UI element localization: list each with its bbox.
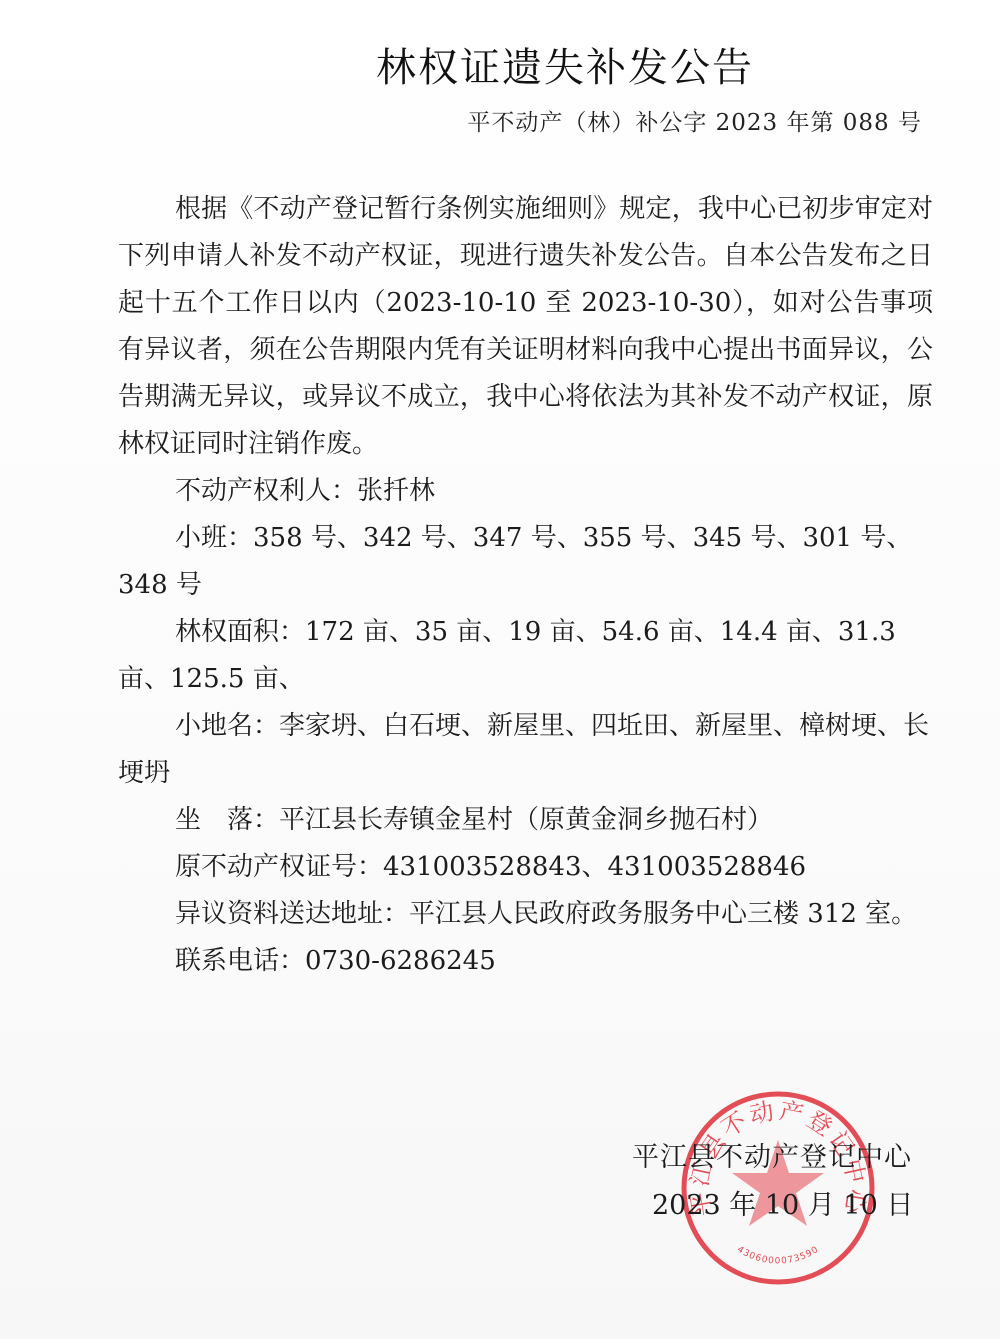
- field-forest-area: 林权面积：172 亩、35 亩、19 亩、54.6 亩、14.4 亩、31.3 …: [118, 609, 933, 703]
- field-subcompartment: 小班：358 号、342 号、347 号、355 号、345 号、301 号、3…: [118, 515, 933, 609]
- field-rights-holder: 不动产权利人：张扦林: [118, 468, 933, 515]
- field-contact-phone: 联系电话：0730-6286245: [118, 938, 933, 985]
- field-label: 原不动产权证号：: [175, 852, 383, 882]
- field-value: 0730-6286245: [305, 946, 496, 976]
- field-label: 坐 落：: [175, 805, 279, 835]
- signing-date: 2023 年 10 月 10 日: [632, 1182, 913, 1230]
- field-place-names: 小地名：李家坍、白石埂、新屋里、四坵田、新屋里、樟树埂、长埂坍: [118, 703, 933, 797]
- field-label: 小地名：: [175, 711, 279, 741]
- field-label: 异议资料送达地址：: [175, 899, 409, 929]
- field-label: 不动产权利人：: [175, 476, 357, 506]
- field-original-cert-numbers: 原不动产权证号：431003528843、431003528846: [118, 844, 933, 891]
- document-page: 林权证遗失补发公告 平不动产（林）补公字 2023 年第 088 号 根据《不动…: [0, 0, 1000, 1339]
- field-location: 坐 落：平江县长寿镇金星村（原黄金洞乡抛石村）: [118, 797, 933, 844]
- field-objection-address: 异议资料送达地址：平江县人民政府政务服务中心三楼 312 室。: [118, 891, 933, 938]
- signing-organization: 平江县不动产登记中心: [632, 1134, 913, 1182]
- field-label: 林权面积：: [175, 617, 305, 647]
- field-value: 431003528843、431003528846: [383, 852, 806, 882]
- field-label: 联系电话：: [175, 946, 305, 976]
- field-label: 小班：: [175, 523, 253, 553]
- document-body: 根据《不动产登记暂行条例实施细则》规定，我中心已初步审定对下列申请人补发不动产权…: [118, 186, 933, 985]
- svg-text:4306000073590: 4306000073590: [735, 1245, 821, 1267]
- field-value: 张扦林: [357, 476, 435, 506]
- document-title: 林权证遗失补发公告: [0, 36, 1000, 93]
- field-value: 平江县长寿镇金星村（原黄金洞乡抛石村）: [279, 805, 773, 835]
- signature-block: 平江县不动产登记中心 2023 年 10 月 10 日: [632, 1134, 913, 1230]
- intro-paragraph: 根据《不动产登记暂行条例实施细则》规定，我中心已初步审定对下列申请人补发不动产权…: [118, 186, 933, 468]
- seal-serial: 4306000073590: [735, 1245, 821, 1267]
- field-value: 平江县人民政府政务服务中心三楼 312 室。: [409, 899, 917, 929]
- document-number: 平不动产（林）补公字 2023 年第 088 号: [467, 104, 922, 137]
